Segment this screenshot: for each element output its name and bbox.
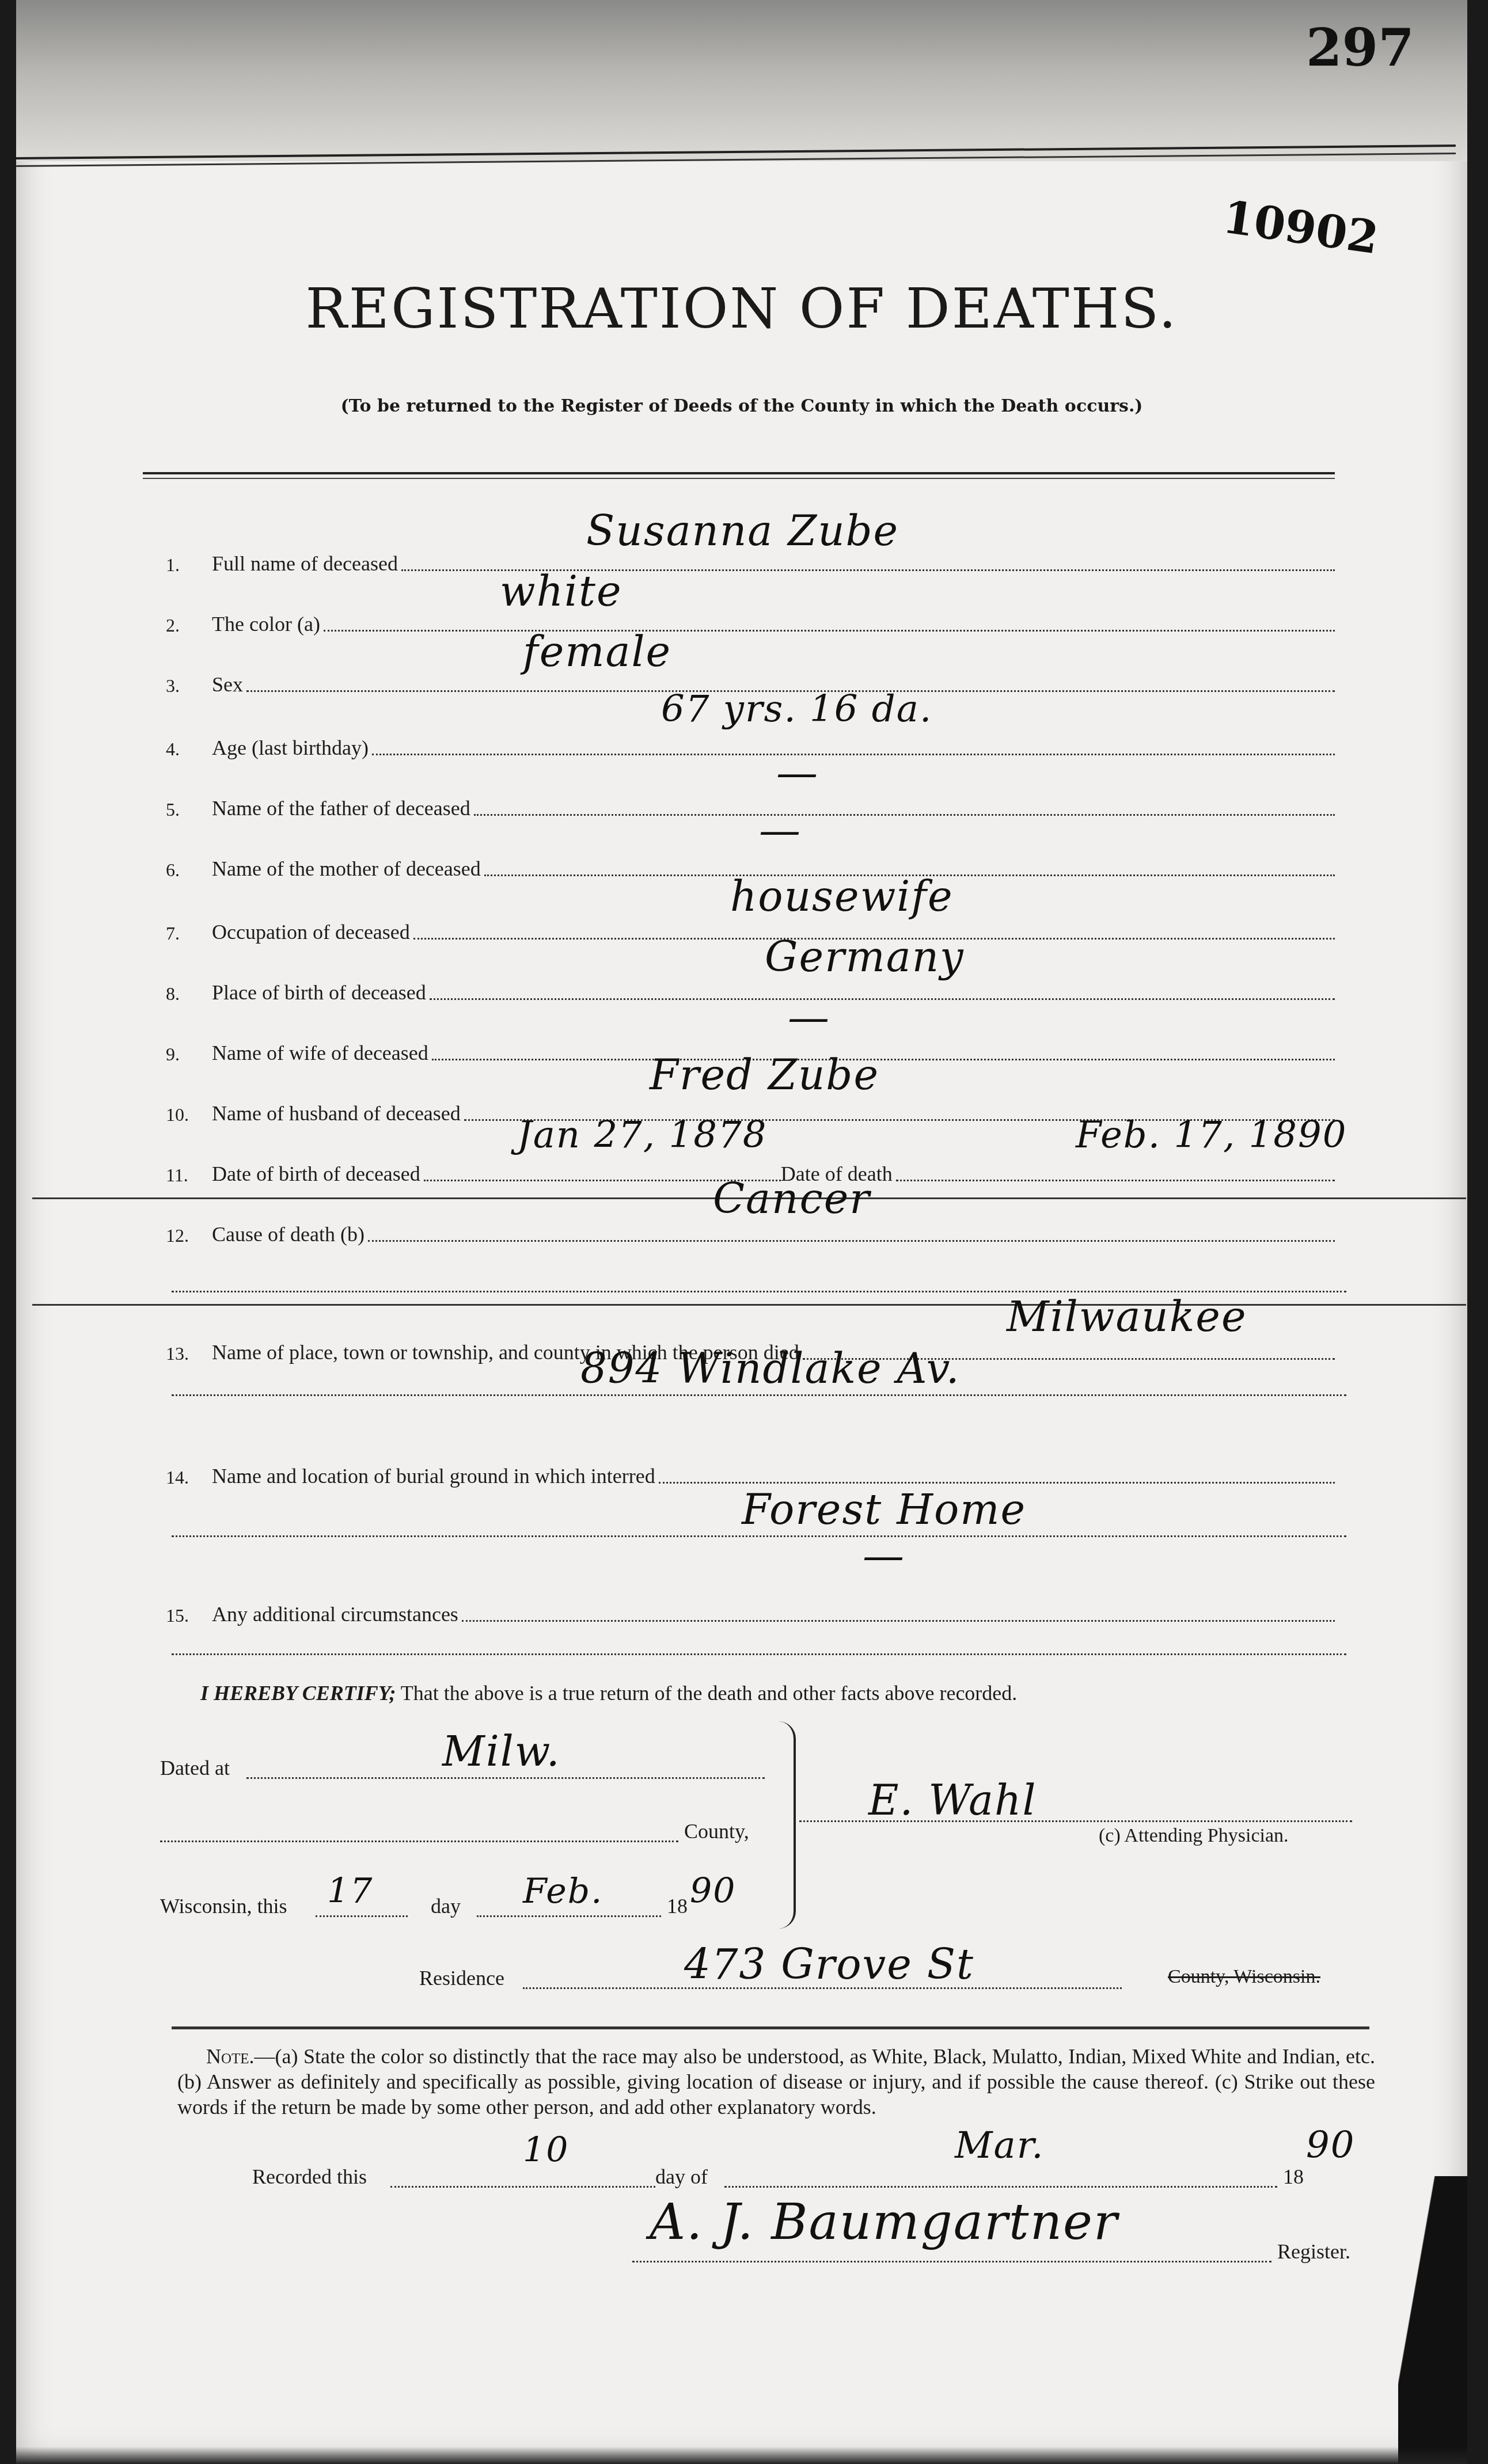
- place-of-death-value: Milwaukee: [1007, 1292, 1247, 1341]
- field-label: Name of husband of deceased: [212, 1101, 461, 1125]
- mother-name-value: —: [759, 806, 802, 854]
- field-number: 2.: [166, 615, 212, 636]
- recorded-month-value: Mar.: [955, 2124, 1045, 2167]
- occupation-value: housewife: [730, 872, 954, 921]
- page-number: 297: [1306, 17, 1414, 78]
- wisconsin-this-label: Wisconsin, this: [160, 1894, 287, 1918]
- field-number: 10.: [166, 1104, 212, 1125]
- residence-suffix-struck: County, Wisconsin.: [1168, 1966, 1320, 1988]
- burial-ground-value: Forest Home: [742, 1485, 1026, 1534]
- death-registration-document: 297 10902 REGISTRATION OF DEATHS. (To be…: [16, 0, 1467, 2464]
- bracket: [776, 1721, 796, 1929]
- field-number: 11.: [166, 1165, 212, 1186]
- recorded-year-value: 90: [1306, 2124, 1355, 2167]
- field-label: The color (a): [212, 612, 320, 636]
- explanatory-note: Note.—(a) State the color so distinctly …: [177, 2044, 1375, 2120]
- dated-at-line: [246, 1776, 765, 1779]
- register-signature: A. J. Baumgartner: [650, 2193, 1118, 2251]
- recorded-year-prefix: 18: [1283, 2165, 1304, 2189]
- field-label: Cause of death (b): [212, 1222, 365, 1246]
- field-label: Name of wife of deceased: [212, 1041, 428, 1065]
- field-label: Age (last birthday): [212, 736, 369, 760]
- field-label: Name and location of burial ground in wh…: [212, 1464, 655, 1488]
- certify-month-value: Feb.: [523, 1871, 603, 1911]
- birth-date-value: Jan 27, 1878: [517, 1114, 767, 1157]
- field-line: [430, 997, 1335, 1000]
- county-label: County,: [684, 1819, 749, 1843]
- field-number: 5.: [166, 799, 212, 820]
- document-title: REGISTRATION OF DEATHS.: [16, 276, 1467, 341]
- field-line: [462, 1619, 1335, 1622]
- county-line: [160, 1839, 678, 1842]
- field-line: [474, 813, 1335, 816]
- field-burial-ground: 14. Name and location of burial ground i…: [166, 1442, 1335, 1488]
- field-label: Name of the mother of deceased: [212, 857, 481, 881]
- full-name-value: Susanna Zube: [586, 507, 899, 555]
- field-label: Place of birth of deceased: [212, 980, 426, 1005]
- death-date-value: Feb. 17, 1890: [1076, 1114, 1347, 1157]
- scan-shadow-top: [16, 0, 1467, 161]
- certify-text: That the above is a true return of the d…: [401, 1682, 1018, 1705]
- scan-shadow-bottom: [16, 2447, 1467, 2464]
- wife-name-value: —: [788, 993, 830, 1041]
- physician-signature: E. Wahl: [868, 1776, 1037, 1824]
- field-additional-circumstances: 15. Any additional circumstances: [166, 1580, 1335, 1626]
- cause-of-death-value: Cancer: [713, 1174, 871, 1223]
- field-number: 15.: [166, 1605, 212, 1626]
- husband-name-value: Fred Zube: [650, 1051, 879, 1099]
- address-line: [172, 1393, 1346, 1396]
- field-number: 4.: [166, 739, 212, 760]
- scan-shadow-corner: [1398, 2176, 1467, 2464]
- birthplace-value: Germany: [765, 933, 965, 981]
- certify-year-value: 90: [690, 1871, 736, 1911]
- note-text: —(a) State the color so distinctly that …: [177, 2045, 1375, 2119]
- field-label: Any additional circumstances: [212, 1602, 458, 1626]
- certification-statement: I HEREBY CERTIFY; That the above is a tr…: [200, 1681, 1017, 1705]
- field-color: 2. The color (a): [166, 590, 1335, 636]
- field-line: [896, 1178, 1335, 1181]
- field-number: 3.: [166, 675, 212, 697]
- day-of-label: day of: [655, 2165, 708, 2189]
- dated-at-value: Milw.: [442, 1727, 561, 1775]
- section-rule: [32, 1304, 1466, 1306]
- recorded-month-line: [724, 2185, 1277, 2188]
- field-number: 6.: [166, 860, 212, 881]
- color-value: white: [500, 567, 622, 615]
- field-label: Full name of deceased: [212, 552, 398, 576]
- attending-physician-label: (c) Attending Physician.: [1099, 1825, 1289, 1847]
- recorded-day-value: 10: [523, 2130, 569, 2170]
- field-label: Sex: [212, 672, 243, 697]
- field-number: 1.: [166, 554, 212, 576]
- recorded-this-label: Recorded this: [252, 2165, 367, 2189]
- field-label: Name of the father of deceased: [212, 796, 470, 820]
- field-label: Occupation of deceased: [212, 920, 410, 944]
- field-line: [659, 1481, 1335, 1484]
- day-line: [316, 1914, 408, 1917]
- field-number: 13.: [166, 1343, 212, 1364]
- dated-at-label: Dated at: [160, 1756, 230, 1780]
- document-subtitle: (To be returned to the Register of Deeds…: [16, 396, 1467, 416]
- day-label: day: [431, 1894, 461, 1918]
- field-number: 8.: [166, 983, 212, 1005]
- physician-signature-line: [799, 1819, 1352, 1822]
- certify-lead: I HEREBY CERTIFY;: [200, 1682, 396, 1705]
- circumstances-continuation-line: [172, 1652, 1346, 1655]
- recorded-day-line: [390, 2185, 655, 2188]
- field-birthplace: 8. Place of birth of deceased: [166, 959, 1335, 1005]
- age-value: 67 yrs. 16 da.: [661, 688, 932, 731]
- residence-value: 473 Grove St: [684, 1940, 974, 1988]
- registration-number: 10902: [1220, 191, 1381, 265]
- field-number: 12.: [166, 1225, 212, 1246]
- field-line: [432, 1058, 1335, 1060]
- field-father-name: 5. Name of the father of deceased: [166, 774, 1335, 820]
- year-prefix: 18: [667, 1894, 688, 1918]
- death-address-value: 894 Windlake Av.: [580, 1344, 961, 1393]
- father-name-value: —: [776, 748, 819, 797]
- residence-label: Residence: [419, 1966, 504, 1990]
- burial-continuation-line: [172, 1534, 1346, 1537]
- field-number: 7.: [166, 923, 212, 944]
- field-number: 14.: [166, 1467, 212, 1488]
- header-divider: [143, 472, 1335, 479]
- month-line: [477, 1914, 661, 1917]
- note-lead: Note.: [206, 2045, 255, 2068]
- register-label: Register.: [1277, 2239, 1350, 2264]
- register-signature-line: [632, 2260, 1271, 2263]
- field-line: [372, 752, 1335, 755]
- field-line: [324, 629, 1335, 632]
- note-divider: [172, 2026, 1369, 2029]
- field-line: [368, 1239, 1335, 1242]
- field-label: Date of birth of deceased: [212, 1162, 420, 1186]
- sex-value: female: [523, 628, 671, 676]
- field-number: 9.: [166, 1044, 212, 1065]
- certify-day-value: 17: [327, 1871, 373, 1911]
- additional-circumstances-value: —: [863, 1531, 905, 1580]
